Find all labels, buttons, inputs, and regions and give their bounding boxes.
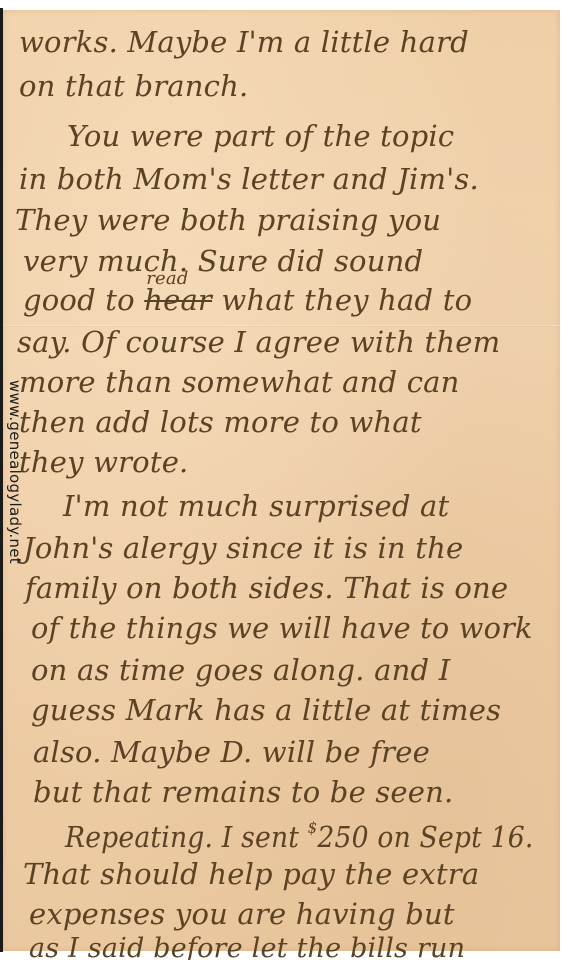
letter-line-16: on as time goes along. and I — [31, 656, 450, 685]
letter-line-14: family on both sides. That is one — [25, 574, 508, 603]
letter-line-3-paragraph-start: You were part of the topic — [67, 122, 454, 151]
letter-line-23: as I said before let the bills run — [29, 935, 465, 960]
letter-line-2: on that branch. — [19, 72, 248, 101]
letter-line-19: but that remains to be seen. — [33, 778, 453, 807]
text-what-they-had-to: what they had to — [221, 283, 472, 317]
letter-line-7: good to hear read what they had to — [23, 286, 472, 315]
letter-line-9: more than somewhat and can — [19, 368, 460, 397]
letter-paper: works. Maybe I'm a little hard on that b… — [3, 10, 560, 951]
letter-line-11: they wrote. — [19, 448, 188, 477]
text-repeating-i-sent: Repeating. I sent — [65, 820, 299, 854]
letter-line-13: John's alergy since it is in the — [23, 534, 463, 563]
letter-line-6: very much. Sure did sound — [23, 247, 423, 276]
scanned-letter-page: works. Maybe I'm a little hard on that b… — [0, 0, 568, 960]
inserted-word-read: read — [146, 270, 188, 288]
text-amount-and-date: 250 on Sept 16. — [317, 820, 533, 854]
watermark-url: www.genealogylady.net — [6, 380, 24, 564]
letter-line-4: in both Mom's letter and Jim's. — [19, 165, 479, 194]
letter-line-10: then add lots more to what — [19, 408, 422, 437]
letter-line-20-paragraph-start: Repeating. I sent $250 on Sept 16. — [65, 820, 534, 852]
letter-line-21: That should help pay the extra — [23, 860, 479, 889]
letter-line-8: say. Of course I agree with them — [17, 328, 500, 357]
letter-line-22: expenses you are having but — [29, 900, 455, 929]
letter-line-12-paragraph-start: I'm not much surprised at — [63, 492, 449, 521]
letter-line-18: also. Maybe D. will be free — [33, 738, 430, 767]
letter-body: works. Maybe I'm a little hard on that b… — [3, 10, 560, 951]
dollar-sign: $ — [308, 818, 318, 837]
letter-line-17: guess Mark has a little at times — [31, 696, 501, 725]
letter-line-15: of the things we will have to work — [31, 614, 533, 643]
watermark-container: www.genealogylady.net — [24, 380, 44, 640]
letter-line-1: works. Maybe I'm a little hard — [19, 28, 469, 57]
text-good-to: good to — [23, 283, 135, 317]
correction-group: hear read — [144, 286, 212, 315]
letter-line-5: They were both praising you — [15, 206, 441, 235]
